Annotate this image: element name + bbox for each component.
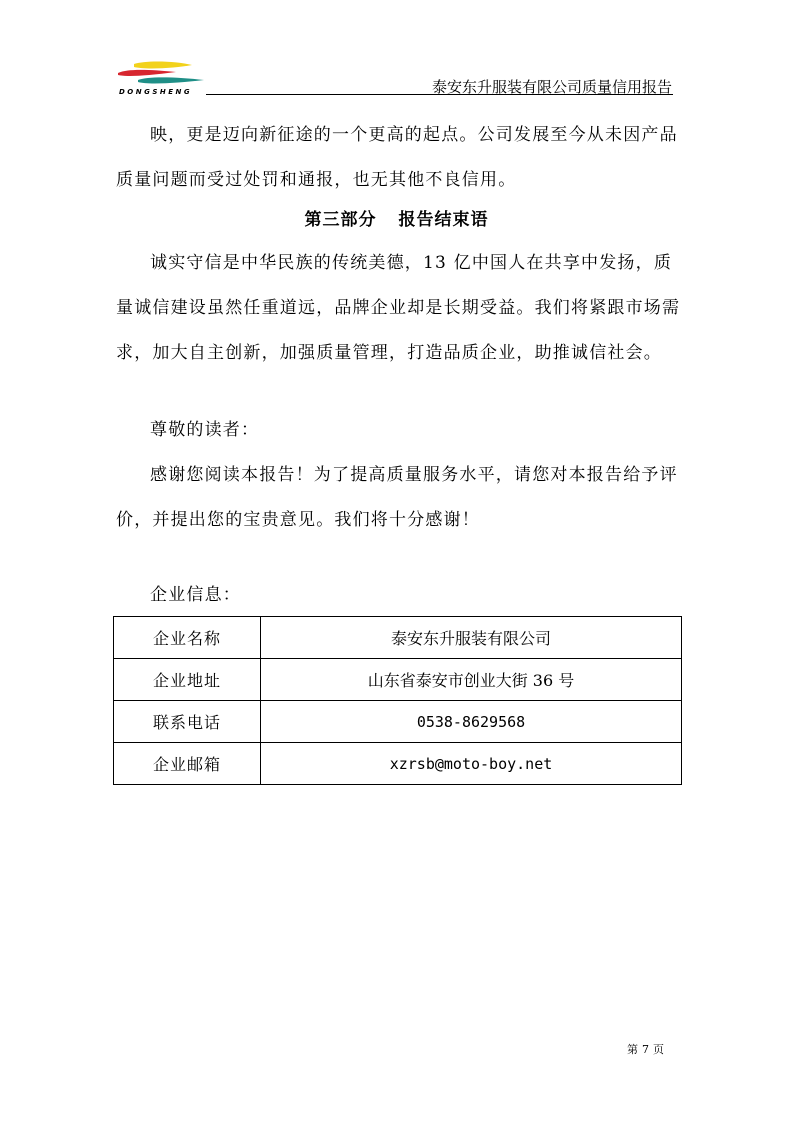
row-label: 联系电话 [114,701,261,743]
table-row: 企业名称 泰安东升服装有限公司 [114,617,682,659]
continuation-paragraph: 映，更是迈向新征途的一个更高的起点。公司发展至今从未因产品质量问题而受过处罚和通… [116,113,681,203]
continuation-text: 映，更是迈向新征途的一个更高的起点。公司发展至今从未因产品质量问题而受过处罚和通… [116,113,681,203]
section-part: 第三部分 [305,210,377,230]
salutation-block: 尊敬的读者： 感谢您阅读本报告！为了提高质量服务水平，请您对本报告给予评价，并提… [116,408,681,543]
section-title: 报告结束语 [399,210,489,230]
row-value: xzrsb@moto-boy.net [261,743,682,785]
row-value: 山东省泰安市创业大街 36 号 [261,659,682,701]
page-suffix: 页 [653,1043,664,1056]
table-row: 联系电话 0538-8629568 [114,701,682,743]
info-label-block: 企业信息： [116,573,681,618]
closing-paragraph: 诚实守信是中华民族的传统美德，13 亿中国人在共享中发扬，质量诚信建设虽然任重道… [116,241,681,376]
info-label: 企业信息： [116,573,681,618]
table-row: 企业地址 山东省泰安市创业大街 36 号 [114,659,682,701]
thanks-text: 感谢您阅读本报告！为了提高质量服务水平，请您对本报告给予评价，并提出您的宝贵意见… [116,453,681,543]
row-label: 企业地址 [114,659,261,701]
company-info-table: 企业名称 泰安东升服装有限公司 企业地址 山东省泰安市创业大街 36 号 联系电… [113,616,682,785]
header-title: 泰安东升服装有限公司质量信用报告 [432,76,672,97]
page-number: 7 [642,1043,649,1056]
page-footer: 第7页 [627,1041,664,1057]
section-heading: 第三部分报告结束语 [0,205,793,230]
closing-text: 诚实守信是中华民族的传统美德，13 亿中国人在共享中发扬，质量诚信建设虽然任重道… [116,241,681,376]
table-row: 企业邮箱 xzrsb@moto-boy.net [114,743,682,785]
page-prefix: 第 [627,1043,638,1056]
row-label: 企业邮箱 [114,743,261,785]
row-value: 泰安东升服装有限公司 [261,617,682,659]
row-label: 企业名称 [114,617,261,659]
svg-text:DONGSHENG: DONGSHENG [119,88,192,96]
salutation-text: 尊敬的读者： [116,408,681,453]
company-logo: DONGSHENG [116,60,208,98]
row-value: 0538-8629568 [261,701,682,743]
dongsheng-logo-icon: DONGSHENG [116,60,208,98]
